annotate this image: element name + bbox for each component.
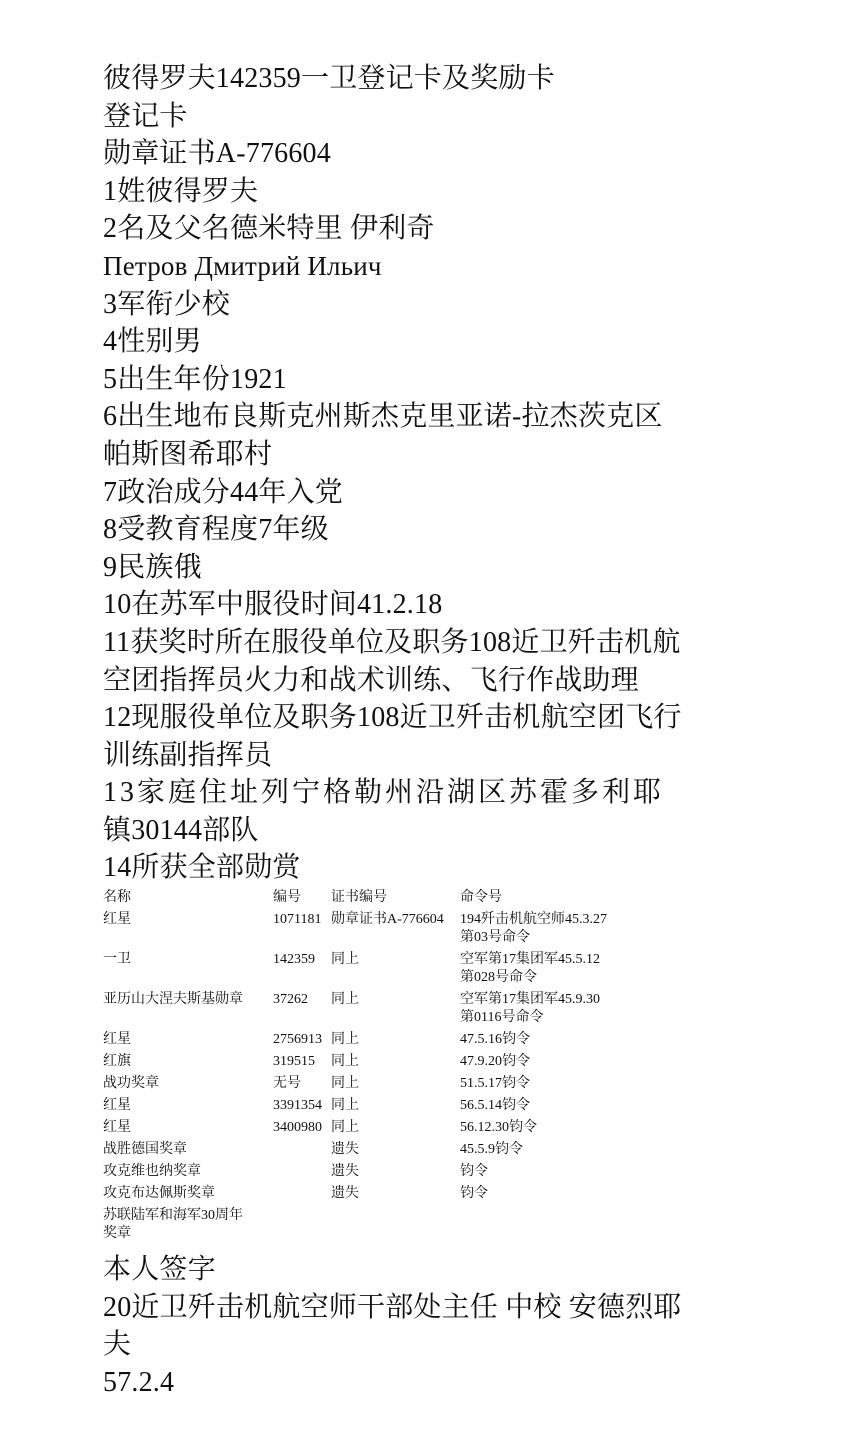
- award-order: [460, 1207, 660, 1247]
- table-row: 苏联陆军和海军30周年奖章: [103, 1207, 660, 1247]
- award-name: 攻克维也纳奖章: [103, 1163, 273, 1185]
- award-certificate: 同上: [331, 951, 460, 991]
- award-order: 钧令: [460, 1185, 660, 1207]
- registration-card-document: 彼得罗夫142359一卫登记卡及奖励卡 登记卡 勋章证书A-776604 1姓彼…: [103, 60, 763, 1401]
- field-surname: 1姓彼得罗夫: [103, 173, 763, 211]
- signature-label: 本人签字: [103, 1251, 763, 1289]
- signer-line1: 20近卫歼击机航空师干部处主任 中校 安德烈耶: [103, 1289, 763, 1327]
- table-row: 红旗 319515 同上 47.9.20钧令: [103, 1053, 660, 1075]
- award-certificate: 同上: [331, 991, 460, 1031]
- field-awards-heading: 14所获全部勋赏: [103, 849, 763, 887]
- field-address-line2: 镇30144部队: [103, 812, 763, 850]
- field-unit-at-award-line2: 空团指挥员火力和战术训练、飞行作战助理: [103, 662, 763, 700]
- field-address-line1: 13家庭住址列宁格勒州沿湖区苏霍多利耶: [103, 774, 763, 812]
- field-education: 8受教育程度7年级: [103, 511, 763, 549]
- award-number: 3391354: [273, 1097, 331, 1119]
- field-sex: 4性别男: [103, 323, 763, 361]
- award-certificate: 同上: [331, 1097, 460, 1119]
- table-row: 红星 1071181 勋章证书A-776604 194歼击机航空师45.3.27…: [103, 911, 660, 951]
- award-order: 194歼击机航空师45.3.27第03号命令: [460, 911, 660, 951]
- award-order: 47.5.16钧令: [460, 1031, 660, 1053]
- document-date: 57.2.4: [103, 1364, 763, 1402]
- award-name: 红星: [103, 1119, 273, 1141]
- award-order: 47.9.20钧令: [460, 1053, 660, 1075]
- table-row: 红星 2756913 同上 47.5.16钧令: [103, 1031, 660, 1053]
- award-certificate: 同上: [331, 1031, 460, 1053]
- table-row: 一卫 142359 同上 空军第17集团军45.5.12第028号命令: [103, 951, 660, 991]
- field-birthplace-line2: 帕斯图希耶村: [103, 436, 763, 474]
- award-name: 战功奖章: [103, 1075, 273, 1097]
- field-rank: 3军衔少校: [103, 286, 763, 324]
- award-number: [273, 1163, 331, 1185]
- award-order-line2: 第03号命令: [460, 929, 660, 947]
- award-certificate: 遗失: [331, 1163, 460, 1185]
- table-row: 红星 3400980 同上 56.12.30钧令: [103, 1119, 660, 1141]
- award-order: 空军第17集团军45.9.30第0116号命令: [460, 991, 660, 1031]
- table-row: 攻克维也纳奖章 遗失 钧令: [103, 1163, 660, 1185]
- award-name: 红星: [103, 911, 273, 951]
- award-name: 战胜德国奖章: [103, 1141, 273, 1163]
- field-service-start: 10在苏军中服役时间41.2.18: [103, 586, 763, 624]
- award-name: 苏联陆军和海军30周年奖章: [103, 1207, 273, 1247]
- award-name: 亚历山大涅夫斯基勋章: [103, 991, 273, 1031]
- award-order: 56.5.14钧令: [460, 1097, 660, 1119]
- award-certificate: 同上: [331, 1119, 460, 1141]
- field-current-unit-line2: 训练副指挥员: [103, 737, 763, 775]
- awards-table-header: 名称 编号 证书编号 命令号: [103, 889, 660, 911]
- award-order-line2: 第028号命令: [460, 969, 660, 987]
- award-order-line2: 第0116号命令: [460, 1009, 660, 1027]
- table-row: 亚历山大涅夫斯基勋章 37262 同上 空军第17集团军45.9.30第0116…: [103, 991, 660, 1031]
- table-row: 战胜德国奖章 遗失 45.5.9钧令: [103, 1141, 660, 1163]
- award-number: [273, 1141, 331, 1163]
- award-order-line1: 空军第17集团军45.9.30: [460, 991, 660, 1009]
- table-row: 红星 3391354 同上 56.5.14钧令: [103, 1097, 660, 1119]
- award-number: 142359: [273, 951, 331, 991]
- award-name: 一卫: [103, 951, 273, 991]
- award-order: 51.5.17钧令: [460, 1075, 660, 1097]
- award-name: 红星: [103, 1097, 273, 1119]
- award-order: 56.12.30钧令: [460, 1119, 660, 1141]
- award-number: [273, 1207, 331, 1247]
- award-certificate: 同上: [331, 1075, 460, 1097]
- award-order: 空军第17集团军45.5.12第028号命令: [460, 951, 660, 991]
- award-number: 2756913: [273, 1031, 331, 1053]
- header-number: 编号: [273, 889, 331, 911]
- award-number: 319515: [273, 1053, 331, 1075]
- award-certificate: [331, 1207, 460, 1247]
- award-number: 37262: [273, 991, 331, 1031]
- field-unit-at-award-line1: 11获奖时所在服役单位及职务108近卫歼击机航: [103, 624, 763, 662]
- award-certificate: 勋章证书A-776604: [331, 911, 460, 951]
- award-number: 1071181: [273, 911, 331, 951]
- medal-certificate: 勋章证书A-776604: [103, 135, 763, 173]
- field-name-patronymic: 2名及父名德米特里 伊利奇: [103, 210, 763, 248]
- card-type: 登记卡: [103, 98, 763, 136]
- header-order: 命令号: [460, 889, 660, 911]
- awards-table: 名称 编号 证书编号 命令号 红星 1071181 勋章证书A-776604 1…: [103, 889, 660, 1247]
- award-number: 无号: [273, 1075, 331, 1097]
- award-certificate: 遗失: [331, 1141, 460, 1163]
- field-nationality: 9民族俄: [103, 549, 763, 587]
- award-name: 红旗: [103, 1053, 273, 1075]
- award-certificate: 遗失: [331, 1185, 460, 1207]
- header-certificate: 证书编号: [331, 889, 460, 911]
- award-number: 3400980: [273, 1119, 331, 1141]
- header-name: 名称: [103, 889, 273, 911]
- award-name-line1: 苏联陆军和海军30周年: [103, 1207, 273, 1225]
- field-birthplace-line1: 6出生地布良斯克州斯杰克里亚诺-拉杰茨克区: [103, 398, 763, 436]
- field-party: 7政治成分44年入党: [103, 474, 763, 512]
- signer-line2: 夫: [103, 1326, 763, 1364]
- award-certificate: 同上: [331, 1053, 460, 1075]
- award-order-line1: 空军第17集团军45.5.12: [460, 951, 660, 969]
- award-order: 钧令: [460, 1163, 660, 1185]
- field-birth-year: 5出生年份1921: [103, 361, 763, 399]
- table-row: 战功奖章 无号 同上 51.5.17钧令: [103, 1075, 660, 1097]
- field-current-unit-line1: 12现服役单位及职务108近卫歼击机航空团飞行: [103, 699, 763, 737]
- award-name-line2: 奖章: [103, 1225, 273, 1243]
- award-order: 45.5.9钧令: [460, 1141, 660, 1163]
- award-number: [273, 1185, 331, 1207]
- award-name: 攻克布达佩斯奖章: [103, 1185, 273, 1207]
- document-title: 彼得罗夫142359一卫登记卡及奖励卡: [103, 60, 763, 98]
- award-name: 红星: [103, 1031, 273, 1053]
- award-order-line1: 194歼击机航空师45.3.27: [460, 911, 660, 929]
- name-russian: Петров Дмитрий Ильич: [103, 248, 763, 286]
- table-row: 攻克布达佩斯奖章 遗失 钧令: [103, 1185, 660, 1207]
